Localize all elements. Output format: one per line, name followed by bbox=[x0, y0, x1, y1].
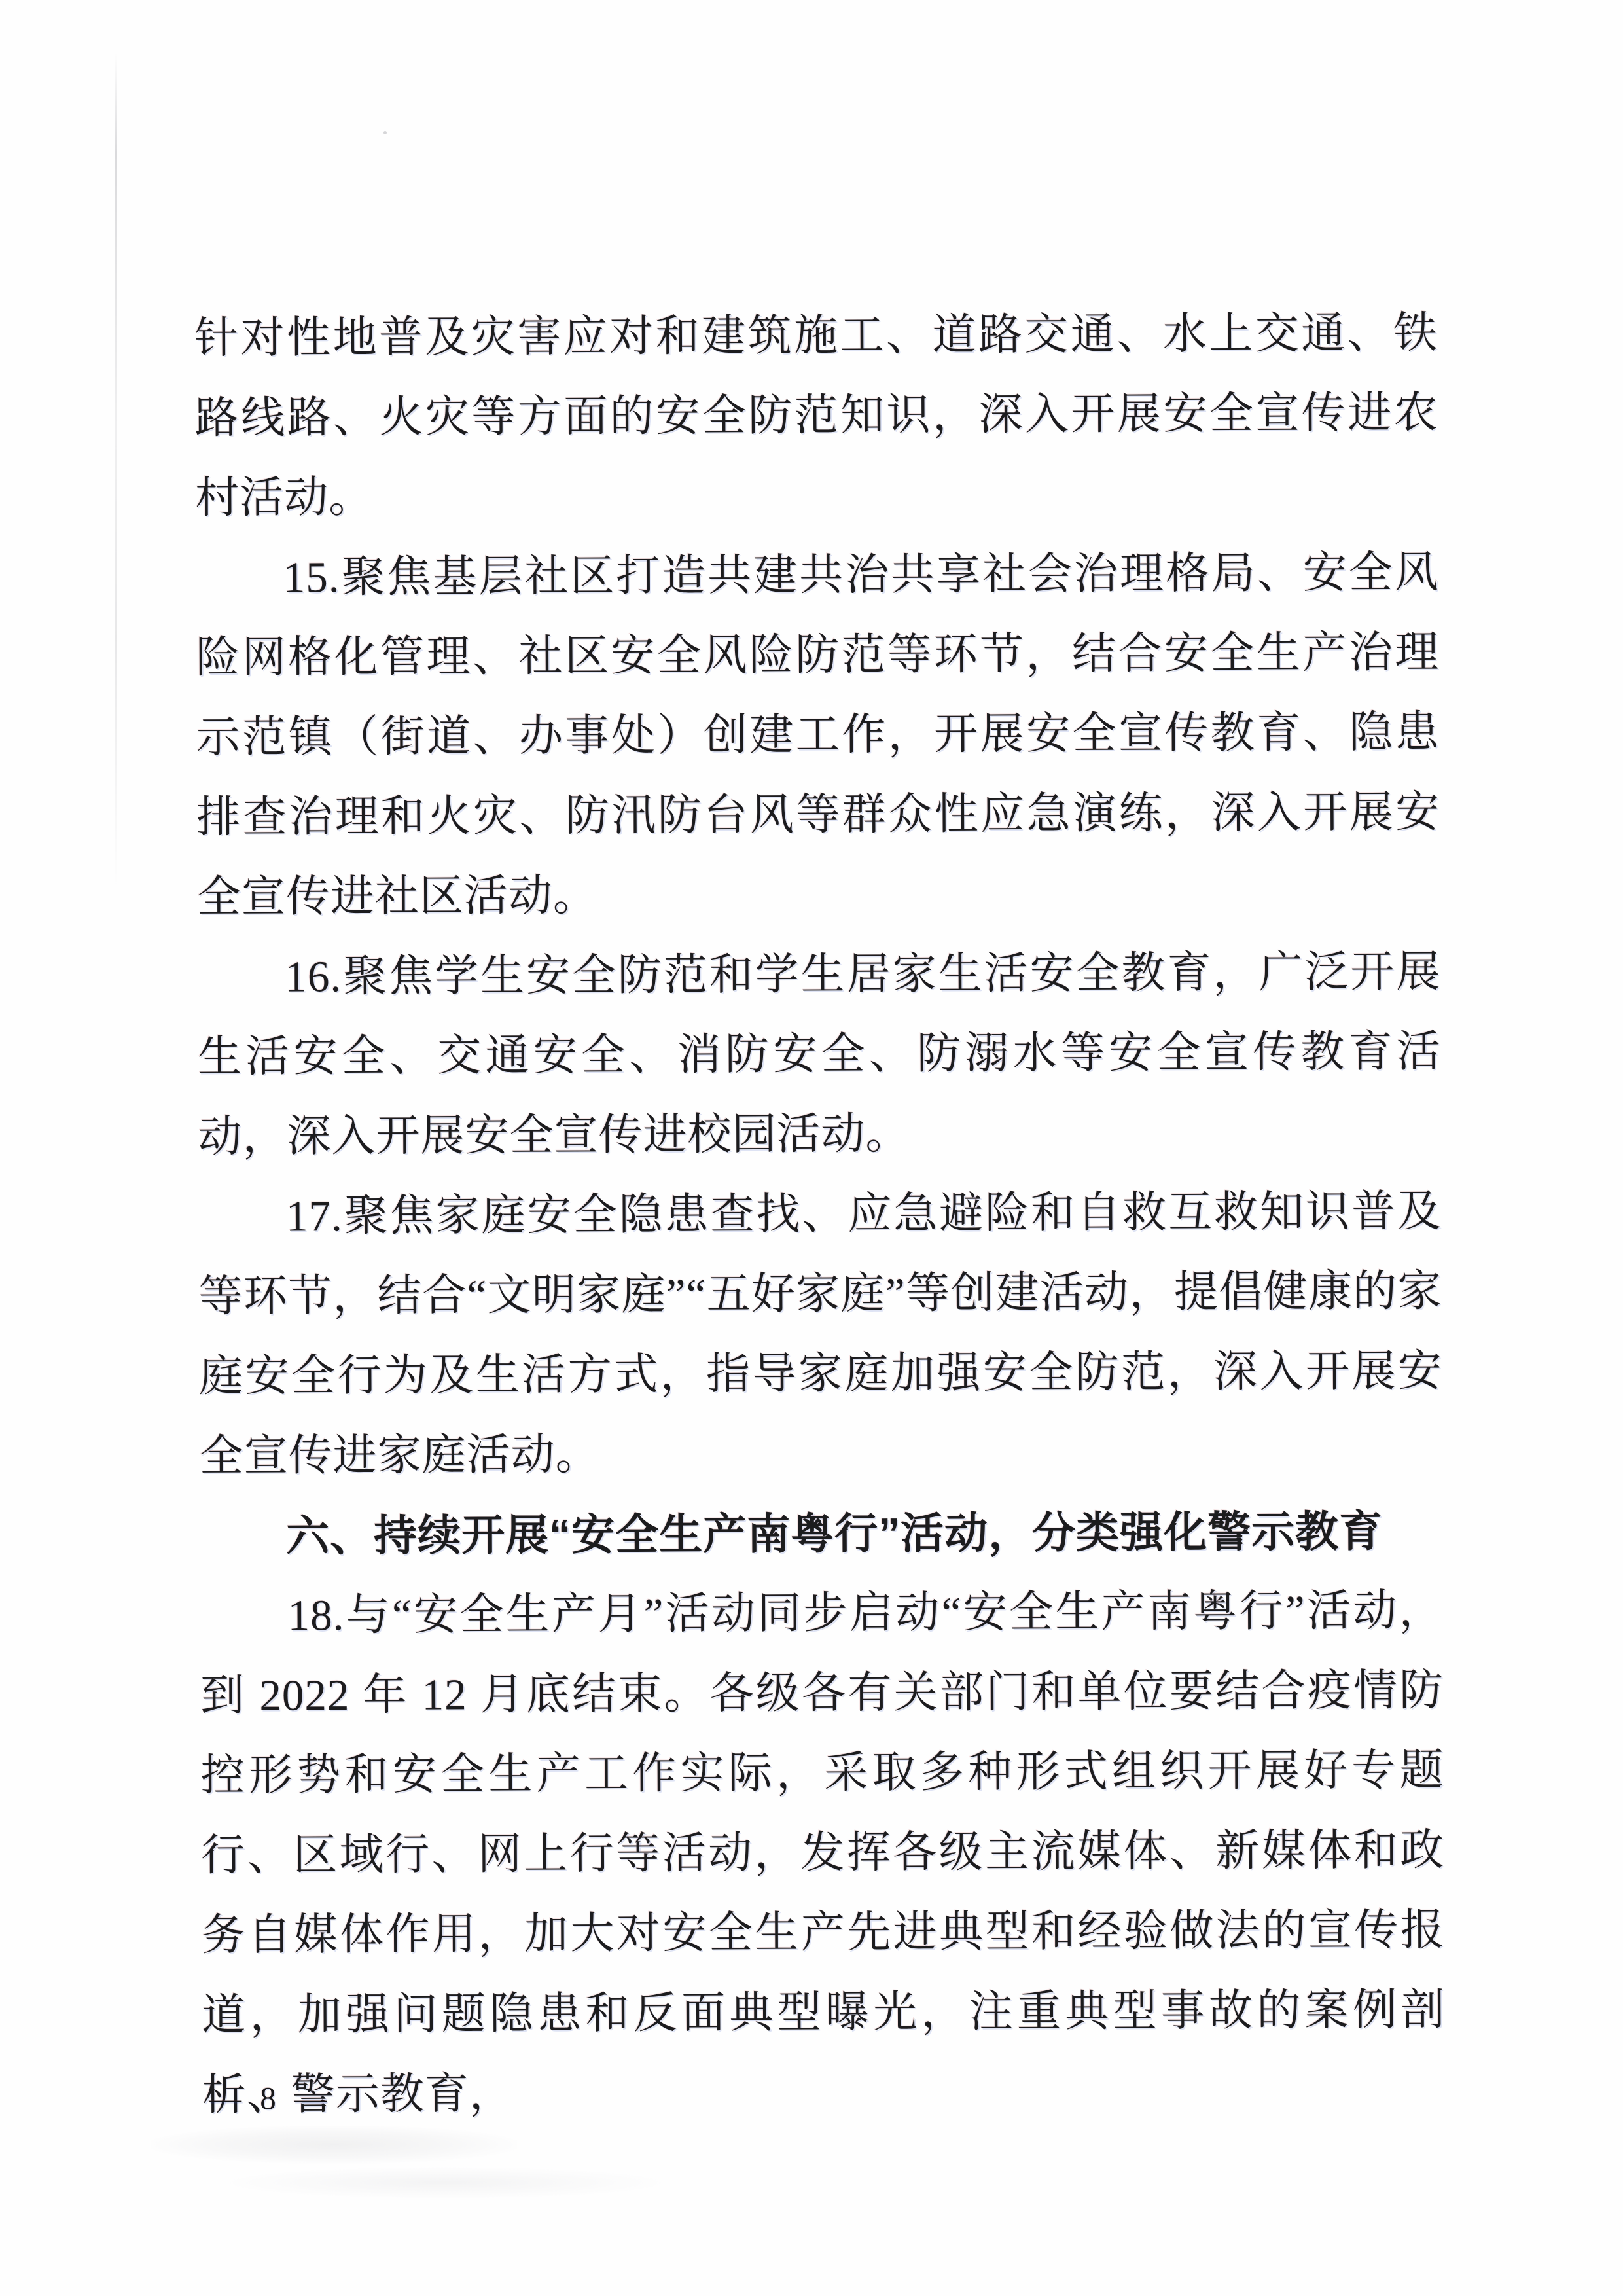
paragraph-17: 17.聚焦家庭安全隐患查找、应急避险和自救互救知识普及等环节，结合“文明家庭”“… bbox=[198, 1172, 1443, 1496]
paragraph-16: 16.聚焦学生安全防范和学生居家生活安全教育，广泛开展生活安全、交通安全、消防安… bbox=[197, 932, 1442, 1177]
scan-artifact-smudge bbox=[216, 2166, 674, 2199]
scan-artifact-line bbox=[115, 52, 117, 890]
paragraph-15: 15.聚焦基层社区打造共建共治共享社会治理格局、安全风险网格化管理、社区安全风险… bbox=[195, 533, 1440, 937]
document-body: 针对性地普及灾害应对和建筑施工、道路交通、水上交通、铁路线路、火灾等方面的安全防… bbox=[194, 293, 1446, 2135]
scan-artifact-dot bbox=[383, 131, 387, 134]
page-number: — 8 — bbox=[209, 2080, 328, 2116]
scanned-page: 针对性地普及灾害应对和建筑施工、道路交通、水上交通、铁路线路、火灾等方面的安全防… bbox=[0, 0, 1623, 2296]
paragraph-14-continuation: 针对性地普及灾害应对和建筑施工、道路交通、水上交通、铁路线路、火灾等方面的安全防… bbox=[194, 293, 1439, 538]
page-footer: — 8 — bbox=[209, 2080, 328, 2117]
paragraph-18: 18.与“安全生产月”活动同步启动“安全生产南粤行”活动，到 2022 年 12… bbox=[200, 1571, 1446, 2135]
section-heading-six: 六、持续开展“安全生产南粤行”活动，分类强化警示教育 bbox=[200, 1491, 1444, 1576]
